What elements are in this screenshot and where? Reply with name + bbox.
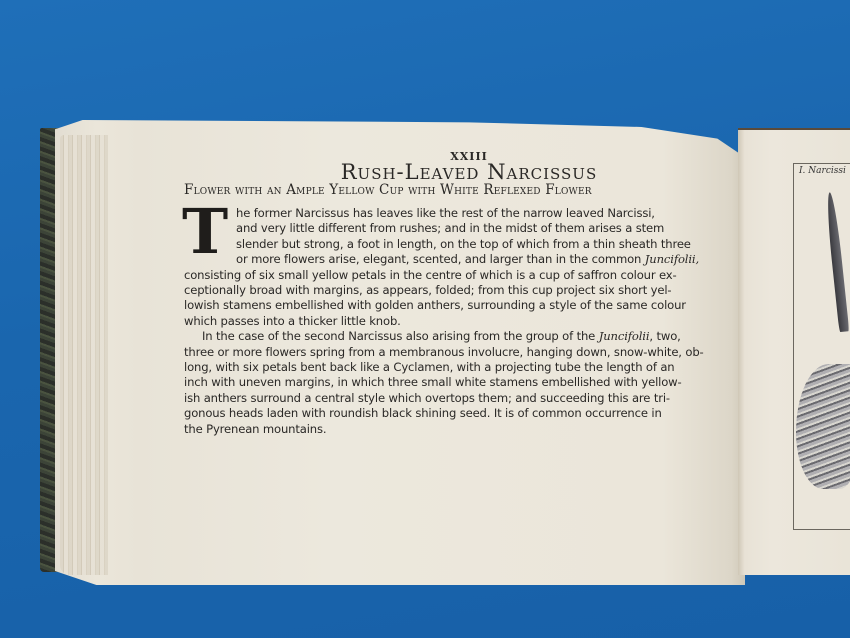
plate-caption: I. Narcissi xyxy=(799,166,846,176)
text-line: consisting of six small yellow petals in… xyxy=(184,268,714,283)
text-line: and very little different from rushes; a… xyxy=(184,221,714,236)
drop-cap: T xyxy=(182,204,228,260)
text-line: lowish stamens embellished with golden a… xyxy=(184,298,714,313)
text-line: In the case of the second Narcissus also… xyxy=(184,329,714,344)
page-text: XXIII Rush-Leaved Narcissus Flower with … xyxy=(184,150,714,437)
text-line: slender but strong, a foot in length, on… xyxy=(184,237,714,252)
text-line: which passes into a thicker little knob. xyxy=(184,314,714,329)
text-line: inch with uneven margins, in which three… xyxy=(184,375,714,390)
text-line: ish anthers surround a central style whi… xyxy=(184,391,714,406)
text-line: ceptionally broad with margins, as appea… xyxy=(184,283,714,298)
text-line: the Pyrenean mountains. xyxy=(184,422,714,437)
page-subtitle: Flower with an Ample Yellow Cup with Whi… xyxy=(184,182,714,198)
page-edges xyxy=(60,135,108,575)
italic-term: Juncifolii xyxy=(599,329,650,343)
body-text: T he former Narcissus has leaves like th… xyxy=(184,206,714,437)
text-line: three or more flowers spring from a memb… xyxy=(184,345,714,360)
page-title: Rush-Leaved Narcissus xyxy=(224,160,714,184)
italic-term: Juncifolii, xyxy=(645,252,699,266)
text-line: or more flowers arise, elegant, scented,… xyxy=(184,252,714,267)
text-line: long, with six petals bent back like a C… xyxy=(184,360,714,375)
text-line: gonous heads laden with roundish black s… xyxy=(184,406,714,421)
bulb-illustration xyxy=(796,364,850,489)
botanical-plate: I. Narcissi xyxy=(793,163,850,530)
plant-leaf-illustration xyxy=(825,192,850,332)
text-line: he former Narcissus has leaves like the … xyxy=(184,206,714,221)
